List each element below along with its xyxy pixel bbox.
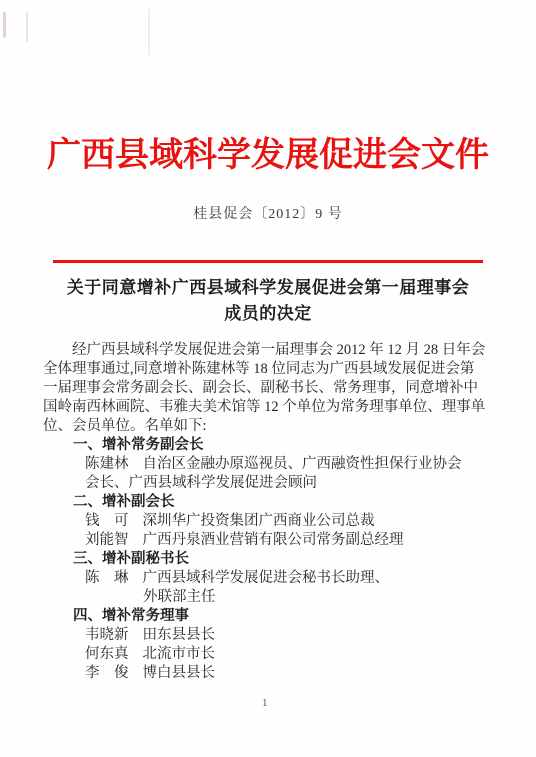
section-entries: 陈建林自治区金融办原巡视员、广西融资性担保行业协会 会长、广西县域科学发展促进会… [43, 455, 513, 493]
intro-paragraph: 经广西县域科学发展促进会第一届理事会 2012 年 12 月 28 日年会 全体… [43, 341, 513, 436]
entry-desc: 广西丹泉酒业营销有限公司常务副总经理 [143, 532, 404, 548]
section-entries: 钱 可深圳华广投资集团广西商业公司总裁 刘能智广西丹泉酒业营销有限公司常务副总经… [43, 512, 513, 550]
section: 一、增补常务副会长 陈建林自治区金融办原巡视员、广西融资性担保行业协会 会长、广… [43, 436, 513, 493]
section-entries: 韦晓新田东县县长 何东真北流市市长 李 俊博白县县长 [43, 626, 513, 683]
scan-artifact [148, 8, 150, 56]
section: 二、增补副会长 钱 可深圳华广投资集团广西商业公司总裁 刘能智广西丹泉酒业营销有… [43, 493, 513, 550]
entry-name: 钱 可 [85, 513, 129, 529]
entry: 何东真北流市市长 [85, 645, 513, 664]
entry: 钱 可深圳华广投资集团广西商业公司总裁 [85, 512, 513, 531]
section: 三、增补副秘书长 陈 琳广西县域科学发展促进会秘书长助理、 外联部主任 [43, 550, 513, 607]
entry-desc: 自治区金融办原巡视员、广西融资性担保行业协会 会长、广西县域科学发展促进会顾问 [85, 456, 462, 491]
page-number: 1 [262, 697, 268, 710]
sections: 一、增补常务副会长 陈建林自治区金融办原巡视员、广西融资性担保行业协会 会长、广… [43, 436, 513, 683]
entry-name: 陈建林 [85, 456, 129, 472]
entry: 陈建林自治区金融办原巡视员、广西融资性担保行业协会 会长、广西县域科学发展促进会… [85, 455, 513, 493]
scan-artifact [3, 12, 6, 38]
document-title: 关于同意增补广西县域科学发展促进会第一届理事会 成员的决定 [0, 275, 536, 327]
entry-desc: 北流市市长 [143, 646, 216, 662]
red-separator-line [53, 260, 483, 263]
section-entries: 陈 琳广西县域科学发展促进会秘书长助理、 外联部主任 [43, 569, 513, 607]
section-heading: 二、增补副会长 [73, 493, 513, 512]
entry-name: 陈 琳 [85, 570, 129, 586]
entry-name: 刘能智 [85, 532, 129, 548]
section: 四、增补常务理事 韦晓新田东县县长 何东真北流市市长 李 俊博白县县长 [43, 607, 513, 683]
entry-name: 李 俊 [85, 665, 129, 681]
section-heading: 三、增补副秘书长 [73, 550, 513, 569]
entry-name: 何东真 [85, 646, 129, 662]
entry-name: 韦晓新 [85, 627, 129, 643]
entry-desc: 田东县县长 [143, 627, 216, 643]
official-document-page: 广西县域科学发展促进会文件 桂县促会〔2012〕9 号 关于同意增补广西县域科学… [0, 0, 536, 757]
entry-desc: 深圳华广投资集团广西商业公司总裁 [143, 513, 375, 529]
section-heading: 一、增补常务副会长 [73, 436, 513, 455]
doc-number: 桂县促会〔2012〕9 号 [0, 206, 536, 224]
entry-desc: 广西县域科学发展促进会秘书长助理、 外联部主任 [85, 570, 389, 605]
document-body: 经广西县域科学发展促进会第一届理事会 2012 年 12 月 28 日年会 全体… [43, 341, 513, 683]
org-title: 广西县域科学发展促进会文件 [0, 136, 536, 176]
scan-artifact [26, 12, 28, 42]
entry-desc: 博白县县长 [143, 665, 216, 681]
entry: 韦晓新田东县县长 [85, 626, 513, 645]
section-heading: 四、增补常务理事 [73, 607, 513, 626]
entry: 李 俊博白县县长 [85, 664, 513, 683]
entry: 刘能智广西丹泉酒业营销有限公司常务副总经理 [85, 531, 513, 550]
entry: 陈 琳广西县域科学发展促进会秘书长助理、 外联部主任 [85, 569, 513, 607]
